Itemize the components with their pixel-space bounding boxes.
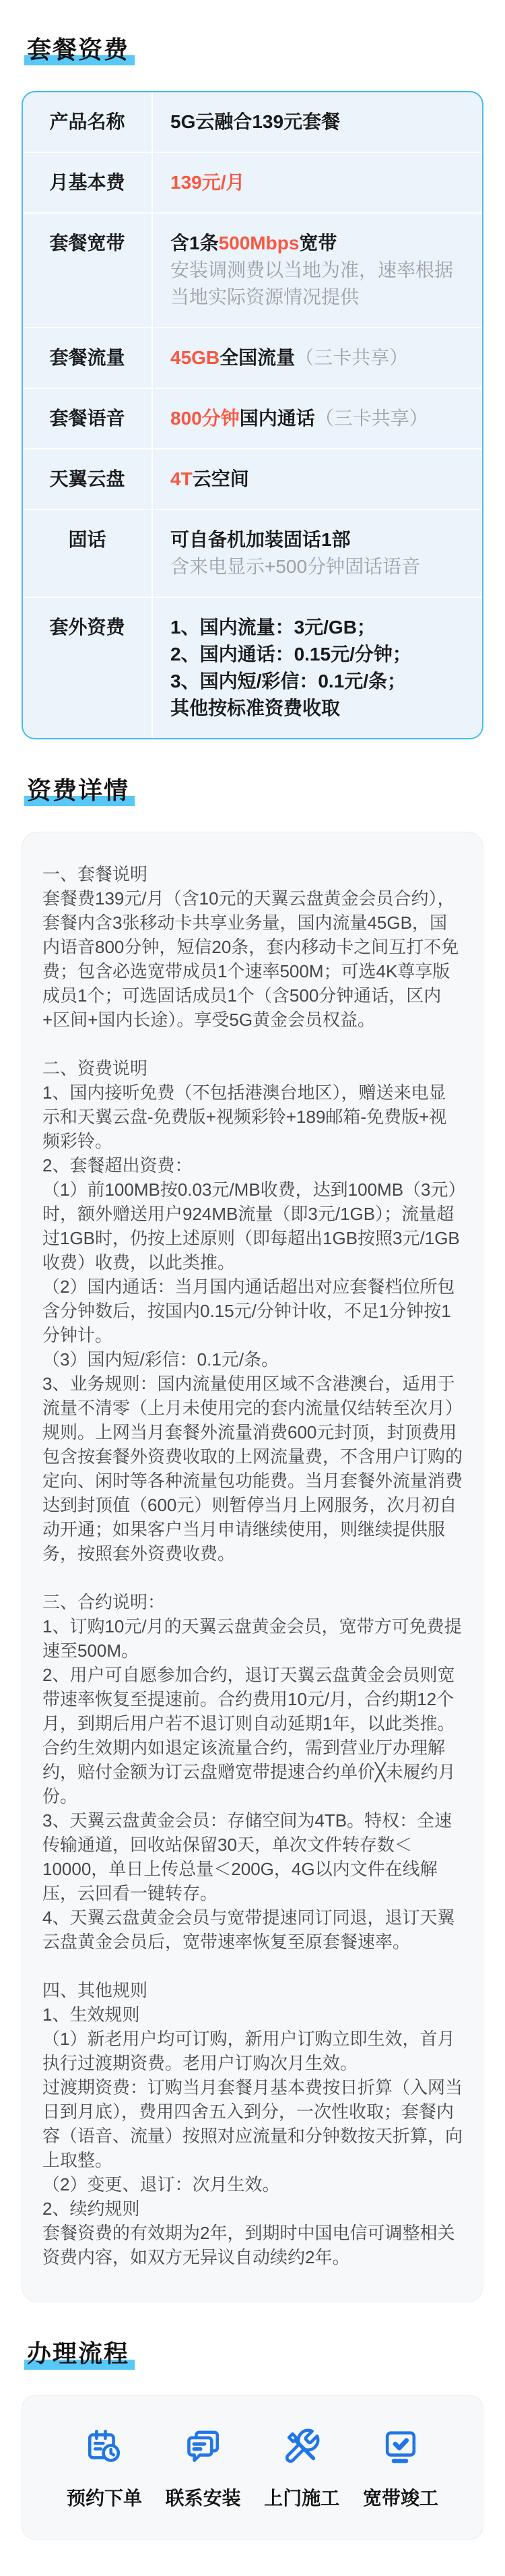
- row-value-line: 3、国内短/彩信：0.1元/条；: [170, 668, 465, 695]
- text-segment: 国内通话: [240, 408, 315, 429]
- row-label: 天翼云盘: [23, 450, 153, 509]
- row-value: 含1条500Mbps宽带安装调测费以当地为准，速率根据当地实际资源情况提供: [153, 214, 482, 327]
- process-step: 预约下单: [60, 2427, 149, 2511]
- details-line: 过渡期资费：订购当月套餐月基本费按日折算（入网当日到月底），费用四舍五入到分，一…: [42, 2075, 463, 2172]
- row-value-line: 含来电显示+500分钟固话语音: [170, 553, 465, 580]
- row-label: 月基本费: [23, 153, 153, 212]
- text-segment: 含来电显示+500分钟固话语音: [170, 556, 420, 577]
- text-segment: 其他按标准资费收取: [170, 698, 340, 718]
- text-segment: 5G云融合139元套餐: [170, 111, 340, 132]
- process-card: 预约下单 联系安装 上门施工 宽带竣工: [22, 2395, 483, 2540]
- details-line: （3）国内短/彩信：0.1元/条。: [42, 1347, 463, 1372]
- table-row: 套餐语音 800分钟国内通话（三卡共享）: [23, 388, 482, 448]
- row-value-line: 安装调测费以当地为准，速率根据当地实际资源情况提供: [170, 257, 465, 311]
- row-value-line: 其他按标准资费收取: [170, 695, 465, 722]
- row-value-line: 含1条500Mbps宽带: [170, 230, 465, 257]
- row-label: 套餐宽带: [23, 214, 153, 327]
- process-step-label: 联系安装: [166, 2484, 241, 2511]
- process-step: 宽带竣工: [356, 2427, 445, 2511]
- table-row: 产品名称 5G云融合139元套餐: [23, 92, 482, 152]
- details-card: 一、套餐说明套餐费139元/月（含10元的天翼云盘黄金会员合约），套餐内含3张移…: [22, 832, 483, 2302]
- details-line: 3、业务规则：国内流量使用区域不含港澳台，适用于流量不清零（上月未使用完的套内流…: [42, 1372, 463, 1566]
- process-step: 联系安装: [159, 2427, 248, 2511]
- text-segment: 安装调测费以当地为准，速率根据当地实际资源情况提供: [170, 259, 453, 307]
- text-segment: 可自备机加装固话1部: [170, 529, 351, 550]
- chat-bubbles-icon: [184, 2427, 223, 2466]
- row-value: 5G云融合139元套餐: [153, 92, 482, 152]
- row-value: 139元/月: [153, 153, 482, 212]
- process-step: 上门施工: [257, 2427, 346, 2511]
- details-line: 3、天翼云盘黄金会员：存储空间为4TB。特权：全速传输通道，回收站保留30天，单…: [42, 1808, 463, 1905]
- row-label: 套餐流量: [23, 328, 153, 388]
- details-block: 三、合约说明：1、订购10元/月的天翼云盘黄金会员，宽带方可免费提速至500M。…: [42, 1590, 463, 1954]
- details-line: （2）变更、退订：次月生效。: [42, 2172, 463, 2197]
- text-segment: （三卡共享）: [295, 347, 408, 368]
- row-value-line: 800分钟国内通话（三卡共享）: [170, 405, 465, 432]
- process-step-label: 宽带竣工: [363, 2484, 438, 2511]
- details-line: 4、天翼云盘黄金会员与宽带提速同订同退，退订天翼云盘黄金会员后，宽带速率恢复至原…: [42, 1905, 463, 1954]
- details-line: 2、续约规则: [42, 2197, 463, 2221]
- text-segment: 3、国内短/彩信：0.1元/条；: [170, 671, 406, 692]
- details-section-title: 资费详情: [24, 776, 483, 806]
- details-block: 一、套餐说明套餐费139元/月（含10元的天翼云盘黄金会员合约），套餐内含3张移…: [42, 862, 463, 1032]
- details-line: 三、合约说明：: [42, 1590, 463, 1614]
- details-line: 2、套餐超出资费：: [42, 1153, 463, 1177]
- details-line: 一、套餐说明: [42, 862, 463, 886]
- text-segment: 2、国内通话：0.15元/分钟；: [170, 644, 411, 665]
- calendar-clock-icon: [85, 2427, 124, 2466]
- text-segment: 500Mbps: [219, 233, 300, 253]
- monitor-check-icon: [381, 2427, 420, 2466]
- page: 套餐资费 产品名称 5G云融合139元套餐 月基本费 139元/月 套餐宽带 含…: [0, 0, 505, 2576]
- text-segment: 4T: [170, 468, 193, 489]
- details-line: 套餐费139元/月（含10元的天翼云盘黄金会员合约），套餐内含3张移动卡共享业务…: [42, 886, 463, 1032]
- row-label: 固话: [23, 510, 153, 596]
- text-segment: 45GB: [170, 347, 220, 368]
- details-block: 二、资费说明1、国内接听免费（不包括港澳台地区），赠送来电显示和天翼云盘-免费版…: [42, 1056, 463, 1566]
- text-segment: 云空间: [193, 468, 249, 489]
- table-row: 套餐流量 45GB全国流量（三卡共享）: [23, 327, 482, 388]
- row-value: 45GB全国流量（三卡共享）: [153, 328, 482, 388]
- details-line: 二、资费说明: [42, 1056, 463, 1080]
- table-row: 月基本费 139元/月: [23, 152, 482, 212]
- row-value-line: 1、国内流量：3元/GB；: [170, 614, 465, 641]
- row-value-line: 2、国内通话：0.15元/分钟；: [170, 641, 465, 668]
- details-line: 1、订购10元/月的天翼云盘黄金会员，宽带方可免费提速至500M。: [42, 1614, 463, 1663]
- table-row: 固话 可自备机加装固话1部含来电显示+500分钟固话语音: [23, 509, 482, 596]
- details-title-text: 资费详情: [24, 776, 135, 806]
- details-line: 1、国内接听免费（不包括港澳台地区），赠送来电显示和天翼云盘-免费版+视频彩铃+…: [42, 1080, 463, 1153]
- process-step-label: 上门施工: [264, 2484, 339, 2511]
- pricing-table: 产品名称 5G云融合139元套餐 月基本费 139元/月 套餐宽带 含1条500…: [22, 91, 483, 739]
- pricing-title-text: 套餐资费: [24, 35, 135, 65]
- row-value-line: 4T云空间: [170, 466, 465, 493]
- details-line: 2、用户可自愿参加合约，退订天翼云盘黄金会员则宽带速率恢复至提速前。合约费用10…: [42, 1663, 463, 1808]
- details-block: 四、其他规则1、生效规则（1）新老用户均可订购，新用户订购立即生效，首月执行过渡…: [42, 1978, 463, 2269]
- row-value: 800分钟国内通话（三卡共享）: [153, 389, 482, 448]
- details-line: 套餐资费的有效期为2年，到期时中国电信可调整相关资费内容，如双方无异议自动续约2…: [42, 2221, 463, 2269]
- text-segment: 800分钟: [170, 408, 240, 429]
- details-line: （2）国内通话：当月国内通话超出对应套餐档位所包含分钟数后，按国内0.15元/分…: [42, 1275, 463, 1347]
- text-segment: 全国流量: [220, 347, 295, 368]
- table-row: 天翼云盘 4T云空间: [23, 448, 482, 509]
- table-row: 套餐宽带 含1条500Mbps宽带安装调测费以当地为准，速率根据当地实际资源情况…: [23, 212, 482, 327]
- text-segment: 139元/月: [170, 172, 245, 193]
- row-value: 1、国内流量：3元/GB；2、国内通话：0.15元/分钟；3、国内短/彩信：0.…: [153, 598, 482, 738]
- pricing-section-title: 套餐资费: [24, 35, 483, 65]
- text-segment: 宽带: [299, 233, 337, 253]
- row-value-line: 可自备机加装固话1部: [170, 526, 465, 553]
- text-segment: 1、国内流量：3元/GB；: [170, 617, 376, 638]
- row-value-line: 5G云融合139元套餐: [170, 109, 465, 135]
- details-line: 1、生效规则: [42, 2002, 463, 2027]
- details-line: （1）新老用户均可订购，新用户订购立即生效，首月执行过渡期资费。老用户订购次月生…: [42, 2027, 463, 2075]
- process-section-title: 办理流程: [24, 2339, 483, 2369]
- pricing-section: 套餐资费 产品名称 5G云融合139元套餐 月基本费 139元/月 套餐宽带 含…: [22, 35, 483, 739]
- table-row: 套外资费 1、国内流量：3元/GB；2、国内通话：0.15元/分钟；3、国内短/…: [23, 596, 482, 738]
- row-value-line: 45GB全国流量（三卡共享）: [170, 344, 465, 371]
- text-segment: （三卡共享）: [315, 408, 428, 429]
- process-step-label: 预约下单: [67, 2484, 142, 2511]
- process-title-text: 办理流程: [24, 2339, 135, 2369]
- row-label: 产品名称: [23, 92, 153, 152]
- details-line: （1）前100MB按0.03元/MB收费，达到100MB（3元）时，额外赠送用户…: [42, 1177, 463, 1275]
- process-section: 办理流程 预约下单 联系安装 上门施工 宽带竣工: [22, 2339, 483, 2539]
- row-value: 可自备机加装固话1部含来电显示+500分钟固话语音: [153, 510, 482, 596]
- text-segment: 含1条: [170, 233, 219, 253]
- row-value: 4T云空间: [153, 450, 482, 509]
- row-value-line: 139元/月: [170, 169, 465, 196]
- tools-icon: [282, 2427, 321, 2466]
- row-label: 套外资费: [23, 598, 153, 738]
- details-line: 四、其他规则: [42, 1978, 463, 2002]
- row-label: 套餐语音: [23, 389, 153, 448]
- details-section: 资费详情 一、套餐说明套餐费139元/月（含10元的天翼云盘黄金会员合约），套餐…: [22, 776, 483, 2302]
